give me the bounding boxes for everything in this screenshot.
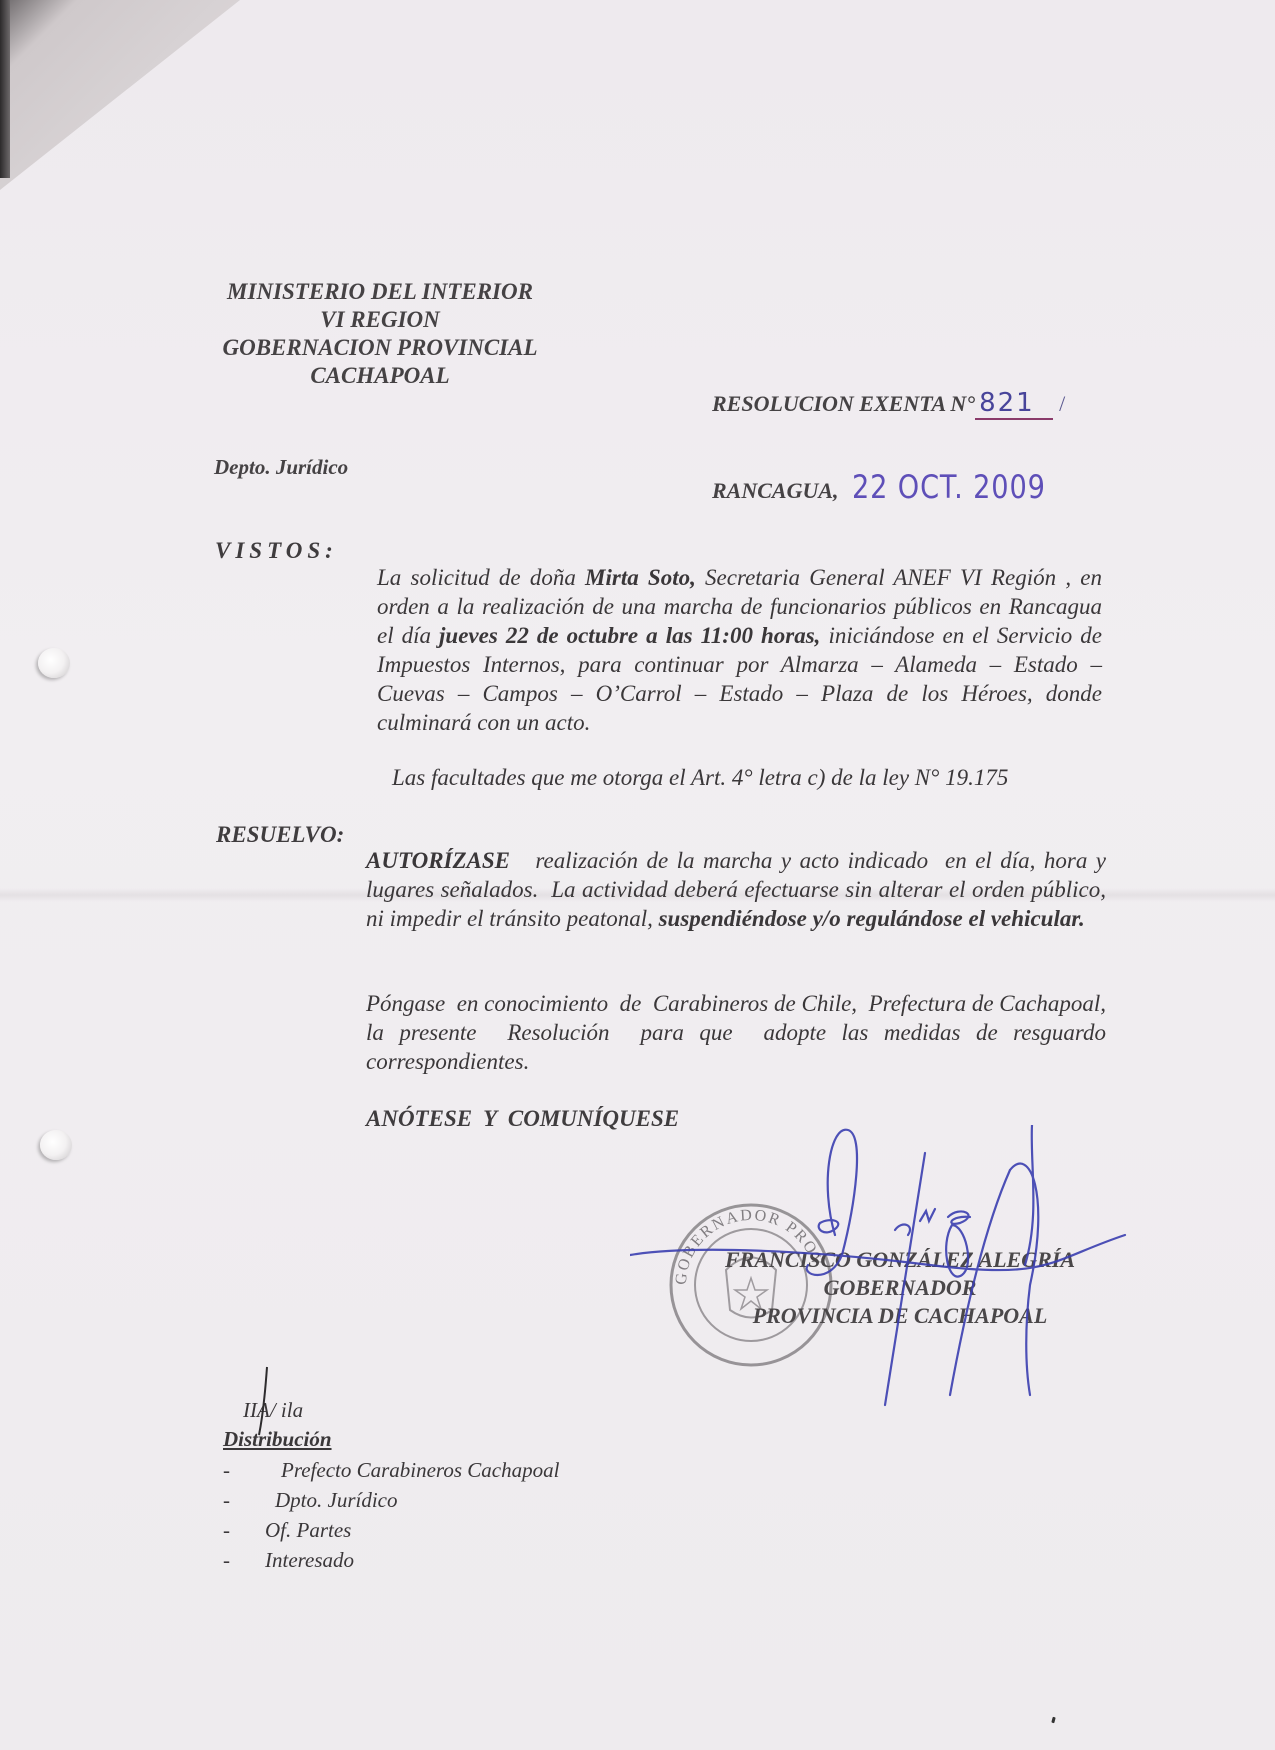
distribution-item: -Of. Partes (223, 1515, 559, 1545)
vistos-paragraph: La solicitud de doña Mirta Soto, Secreta… (377, 563, 1102, 737)
resuelvo-paragraph: AUTORÍZASE realización de la marcha y ac… (366, 846, 1106, 933)
distribution-item: -Interesado (223, 1545, 559, 1575)
date-stamp: 22 OCT. 2009 (852, 468, 1046, 506)
distribution-item: -Prefecto Carabineros Cachapoal (223, 1455, 559, 1485)
authorization-keyword: AUTORÍZASE (366, 848, 510, 873)
resolution-label: RESOLUCION EXENTA N° (712, 391, 975, 416)
resolution-suffix: / (1059, 391, 1065, 416)
legal-basis: Las facultades que me otorga el Art. 4° … (392, 763, 1112, 792)
department-label: Depto. Jurídico (214, 455, 348, 480)
requester-name: Mirta Soto, (585, 565, 696, 590)
letterhead-line: MINISTERIO DEL INTERIOR (195, 278, 565, 306)
vistos-heading: VISTOS: (215, 538, 338, 564)
resuelvo-heading: RESUELVO: (216, 822, 344, 848)
distribution-item: -Dpto. Jurídico (223, 1485, 559, 1515)
punch-hole-bottom (40, 1130, 72, 1160)
corner-shadow (0, 0, 10, 178)
march-datetime: jueves 22 de octubre a las 11:00 horas, (439, 623, 820, 648)
notification-paragraph: Póngase en conocimiento de Carabineros d… (366, 989, 1106, 1076)
city: RANCAGUA, (712, 478, 839, 503)
typist-initials: IIA/ ila (243, 1398, 303, 1423)
distribution-heading: Distribución (223, 1427, 332, 1452)
letterhead-line: CACHAPOAL (195, 362, 565, 390)
handwritten-signature-icon (630, 1125, 1130, 1425)
resolution-title: RESOLUCION EXENTA N°821/ (712, 388, 1065, 420)
letterhead-line: VI REGION (195, 306, 565, 334)
distribution-list: -Prefecto Carabineros Cachapoal -Dpto. J… (223, 1455, 559, 1575)
vistos-text: La solicitud de doña (377, 565, 585, 590)
punch-hole-top (38, 648, 70, 678)
traffic-condition: suspendiéndose y/o regulándose el vehicu… (659, 906, 1085, 931)
place-date: RANCAGUA, 22 OCT. 2009 (712, 468, 1080, 506)
resolution-number: 821 (975, 388, 1053, 420)
letterhead-line: GOBERNACION PROVINCIAL (195, 334, 565, 362)
letterhead: MINISTERIO DEL INTERIOR VI REGION GOBERN… (195, 278, 565, 390)
